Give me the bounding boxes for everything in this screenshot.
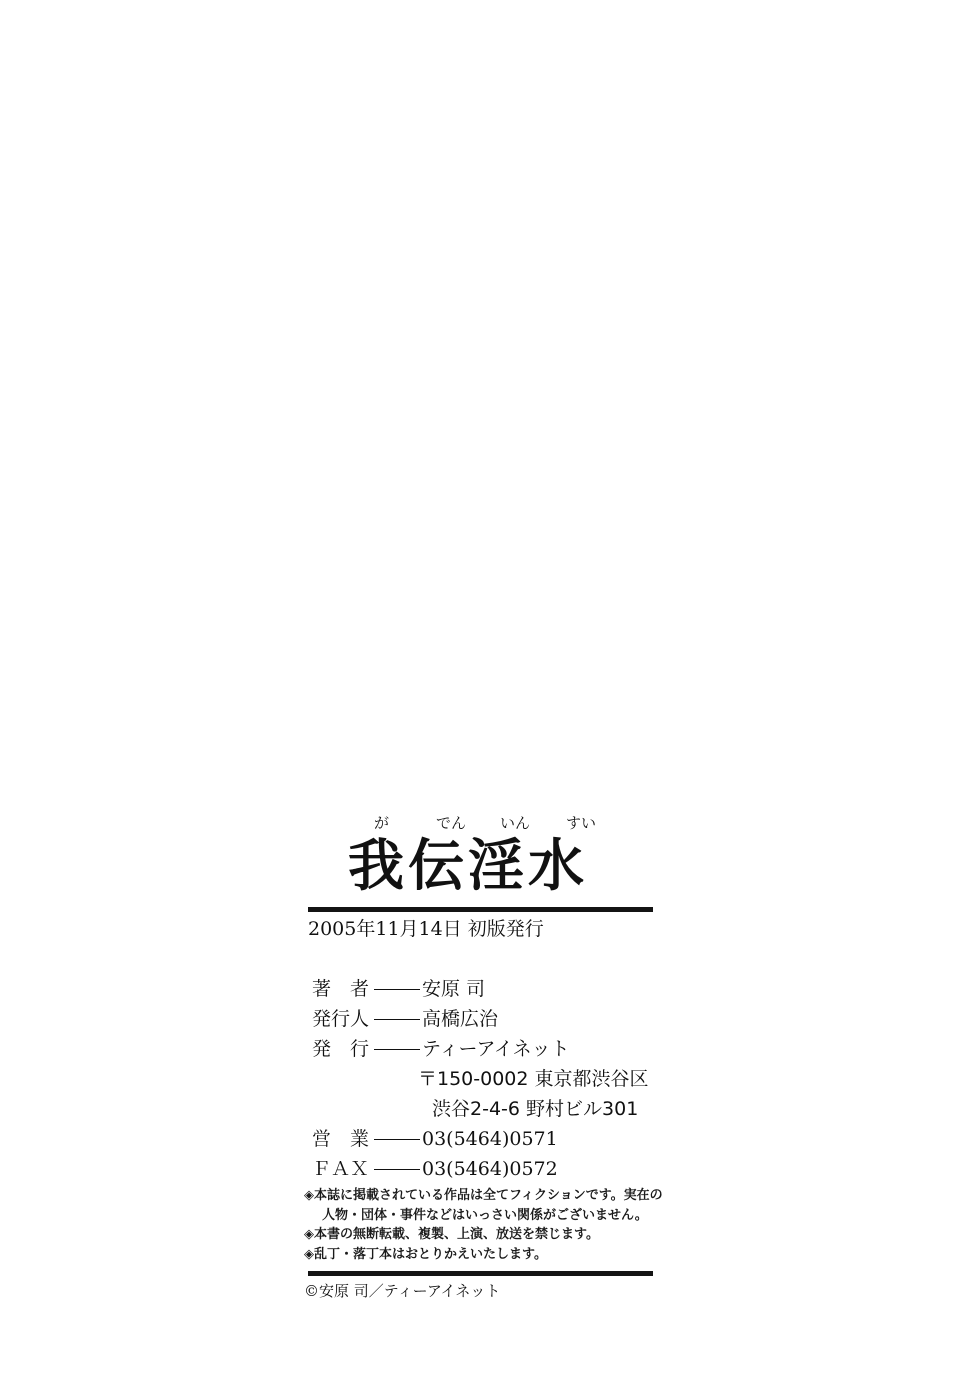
note-fiction-cont: 人物・団体・事件などはいっさい関係がございません。: [304, 1206, 663, 1226]
copyright-line: ©安原 司／ティーアイネット: [304, 1280, 500, 1302]
ruby-sui: すい: [566, 812, 596, 833]
dash-leader: [374, 1019, 420, 1020]
credit-label: 発 行: [312, 1036, 372, 1062]
book-title: 我伝淫水: [348, 834, 588, 898]
top-rule-divider: [308, 907, 653, 912]
dash-leader: [374, 1049, 420, 1050]
dash-leader: [374, 1169, 420, 1170]
credit-label: 発行人: [312, 1006, 372, 1032]
credit-author: 著 者 安原 司: [312, 976, 485, 1002]
contact-sales: 営 業 03(5464)0571: [312, 1126, 558, 1152]
dash-leader: [374, 1139, 420, 1140]
contact-fax: ＦＡＸ 03(5464)0572: [312, 1156, 558, 1182]
credit-value: ティーアイネット: [422, 1036, 570, 1062]
address-line-1: 〒150-0002 東京都渋谷区: [418, 1066, 649, 1092]
contact-value: 03(5464)0572: [422, 1156, 558, 1182]
contact-label: 営 業: [312, 1126, 372, 1152]
contact-value: 03(5464)0571: [422, 1126, 558, 1152]
credit-value: 高橋広治: [422, 1006, 498, 1032]
credit-publisher: 発 行 ティーアイネット: [312, 1036, 570, 1062]
publication-date: 2005年11月14日 初版発行: [308, 916, 544, 942]
note-defective-copies: ◈乱丁・落丁本はおとりかえいたします。: [304, 1245, 663, 1265]
dash-leader: [374, 989, 420, 990]
credit-label: 著 者: [312, 976, 372, 1002]
legal-notes: ◈本誌に掲載されている作品は全てフィクションです。実在の 人物・団体・事件などは…: [304, 1186, 663, 1264]
address-line-2: 渋谷2-4-6 野村ビル301: [432, 1096, 638, 1122]
contact-label: ＦＡＸ: [312, 1156, 372, 1182]
credit-value: 安原 司: [422, 976, 485, 1002]
bottom-rule-divider: [308, 1271, 653, 1276]
note-fiction: ◈本誌に掲載されている作品は全てフィクションです。実在の: [304, 1186, 663, 1206]
title-ruby: が でん いん すい: [352, 812, 632, 832]
note-reproduction: ◈本書の無断転載、複製、上演、放送を禁じます。: [304, 1225, 663, 1245]
credit-publisher-person: 発行人 高橋広治: [312, 1006, 498, 1032]
ruby-in: いん: [500, 812, 530, 833]
colophon-page: が でん いん すい 我伝淫水 2005年11月14日 初版発行 著 者 安原 …: [0, 0, 975, 1400]
ruby-ga: が: [374, 812, 389, 833]
ruby-den: でん: [436, 812, 466, 833]
